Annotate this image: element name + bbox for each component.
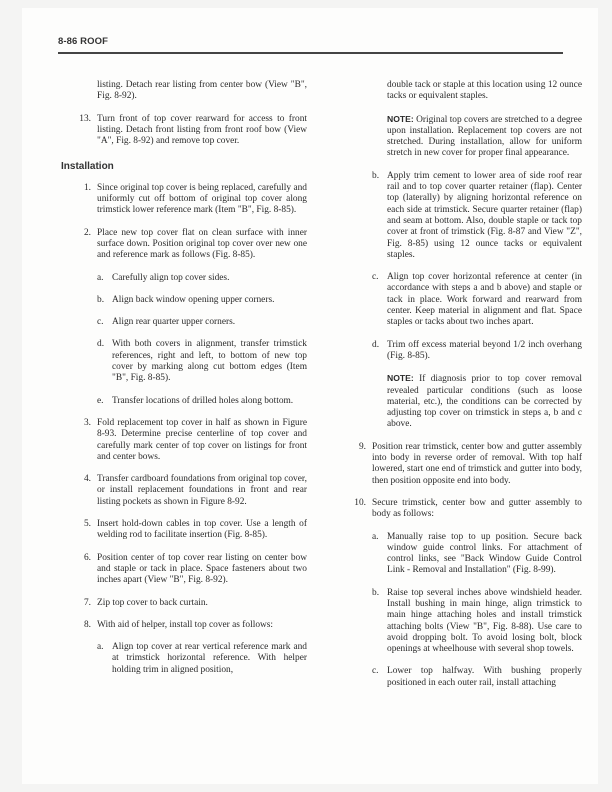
- substep-text: Manually raise top to up position. Secur…: [387, 532, 582, 577]
- step-number: 7.: [77, 598, 97, 609]
- substep-8b: b. Apply trim cement to lower area of si…: [352, 171, 582, 261]
- step-5: 5. Insert hold-down cables in top cover.…: [77, 519, 307, 542]
- continuation-text: listing. Detach rear listing from center…: [77, 80, 307, 103]
- step-number: 8.: [77, 620, 97, 631]
- substep-text: Lower top halfway. With bushing properly…: [387, 666, 582, 689]
- substep-label: b.: [372, 171, 387, 261]
- step-text: Position rear trimstick, center bow and …: [372, 442, 582, 487]
- substep-text: Align top cover horizontal reference at …: [387, 272, 582, 328]
- note-2: NOTE: If diagnosis prior to top cover re…: [352, 373, 582, 430]
- step-text: With aid of helper, install top cover as…: [97, 620, 307, 631]
- step-2: 2. Place new top cover flat on clean sur…: [77, 228, 307, 262]
- note-text: Original top covers are stretched to a d…: [387, 115, 582, 159]
- substep-10c: c. Lower top halfway. With bushing prope…: [352, 666, 582, 689]
- substep-10a: a. Manually raise top to up position. Se…: [352, 532, 582, 577]
- substep-text: Align rear quarter upper corners.: [112, 317, 307, 328]
- continuation-text: double tack or staple at this location u…: [352, 80, 582, 103]
- step-number: 5.: [77, 519, 97, 542]
- substep-text: Trim off excess material beyond 1/2 inch…: [387, 340, 582, 363]
- substep-label: a.: [97, 273, 112, 284]
- substep-label: c.: [372, 272, 387, 328]
- substep-text: Apply trim cement to lower area of side …: [387, 171, 582, 261]
- step-text: Fold replacement top cover in half as sh…: [97, 418, 307, 463]
- substep-label: c.: [372, 666, 387, 689]
- substep-2d: d. With both covers in alignment, transf…: [77, 339, 307, 384]
- substep-label: d.: [97, 339, 112, 384]
- substep-label: b.: [372, 588, 387, 656]
- step-10: 10. Secure trimstick, center bow and gut…: [352, 498, 582, 521]
- page-header: 8-86 ROOF: [58, 36, 108, 47]
- section-heading-installation: Installation: [61, 161, 307, 172]
- substep-2a: a. Carefully align top cover sides.: [77, 273, 307, 284]
- step-number: 9.: [352, 442, 372, 487]
- substep-text: Carefully align top cover sides.: [112, 273, 307, 284]
- substep-2c: c. Align rear quarter upper corners.: [77, 317, 307, 328]
- step-3: 3. Fold replacement top cover in half as…: [77, 418, 307, 463]
- substep-label: a.: [372, 532, 387, 577]
- note-text: If diagnosis prior to top cover removal …: [387, 374, 582, 429]
- step-text: Turn front of top cover rearward for acc…: [97, 114, 307, 148]
- note-1: NOTE: Original top covers are stretched …: [352, 114, 582, 160]
- step-text: Place new top cover flat on clean surfac…: [97, 228, 307, 262]
- step-number: 13.: [77, 114, 97, 148]
- step-4: 4. Transfer cardboard foundations from o…: [77, 474, 307, 508]
- substep-label: e.: [97, 396, 112, 407]
- step-number: 1.: [77, 183, 97, 217]
- manual-page: 8-86 ROOF listing. Detach rear listing f…: [22, 8, 598, 784]
- note-label: NOTE:: [387, 114, 414, 124]
- substep-label: d.: [372, 340, 387, 363]
- substep-label: a.: [97, 642, 112, 676]
- step-number: 4.: [77, 474, 97, 508]
- step-number: 6.: [77, 553, 97, 587]
- step-9: 9. Position rear trimstick, center bow a…: [352, 442, 582, 487]
- step-number: 3.: [77, 418, 97, 463]
- step-text: Insert hold-down cables in top cover. Us…: [97, 519, 307, 542]
- substep-8c: c. Align top cover horizontal reference …: [352, 272, 582, 328]
- step-text: Zip top cover to back curtain.: [97, 598, 307, 609]
- step-8: 8. With aid of helper, install top cover…: [77, 620, 307, 631]
- substep-8a: a. Align top cover at rear vertical refe…: [77, 642, 307, 676]
- substep-10b: b. Raise top several inches above windsh…: [352, 588, 582, 656]
- substep-text: Align back window opening upper corners.: [112, 295, 307, 306]
- substep-label: c.: [97, 317, 112, 328]
- step-number: 10.: [352, 498, 372, 521]
- step-number: 2.: [77, 228, 97, 262]
- substep-label: b.: [97, 295, 112, 306]
- step-7: 7. Zip top cover to back curtain.: [77, 598, 307, 609]
- right-column: double tack or staple at this location u…: [352, 80, 582, 700]
- step-text: Position center of top cover rear listin…: [97, 553, 307, 587]
- substep-text: Raise top several inches above windshiel…: [387, 588, 582, 656]
- step-text: Secure trimstick, center bow and gutter …: [372, 498, 582, 521]
- header-rule: [58, 52, 563, 54]
- substep-text: With both covers in alignment, transfer …: [112, 339, 307, 384]
- step-13: 13. Turn front of top cover rearward for…: [77, 114, 307, 148]
- step-text: Since original top cover is being replac…: [97, 183, 307, 217]
- substep-8d: d. Trim off excess material beyond 1/2 i…: [352, 340, 582, 363]
- substep-2e: e. Transfer locations of drilled holes a…: [77, 396, 307, 407]
- step-1: 1. Since original top cover is being rep…: [77, 183, 307, 217]
- substep-text: Transfer locations of drilled holes alon…: [112, 396, 307, 407]
- substep-text: Align top cover at rear vertical referen…: [112, 642, 307, 676]
- left-column: listing. Detach rear listing from center…: [77, 80, 307, 687]
- step-text: Transfer cardboard foundations from orig…: [97, 474, 307, 508]
- note-label: NOTE:: [387, 373, 414, 383]
- substep-2b: b. Align back window opening upper corne…: [77, 295, 307, 306]
- step-6: 6. Position center of top cover rear lis…: [77, 553, 307, 587]
